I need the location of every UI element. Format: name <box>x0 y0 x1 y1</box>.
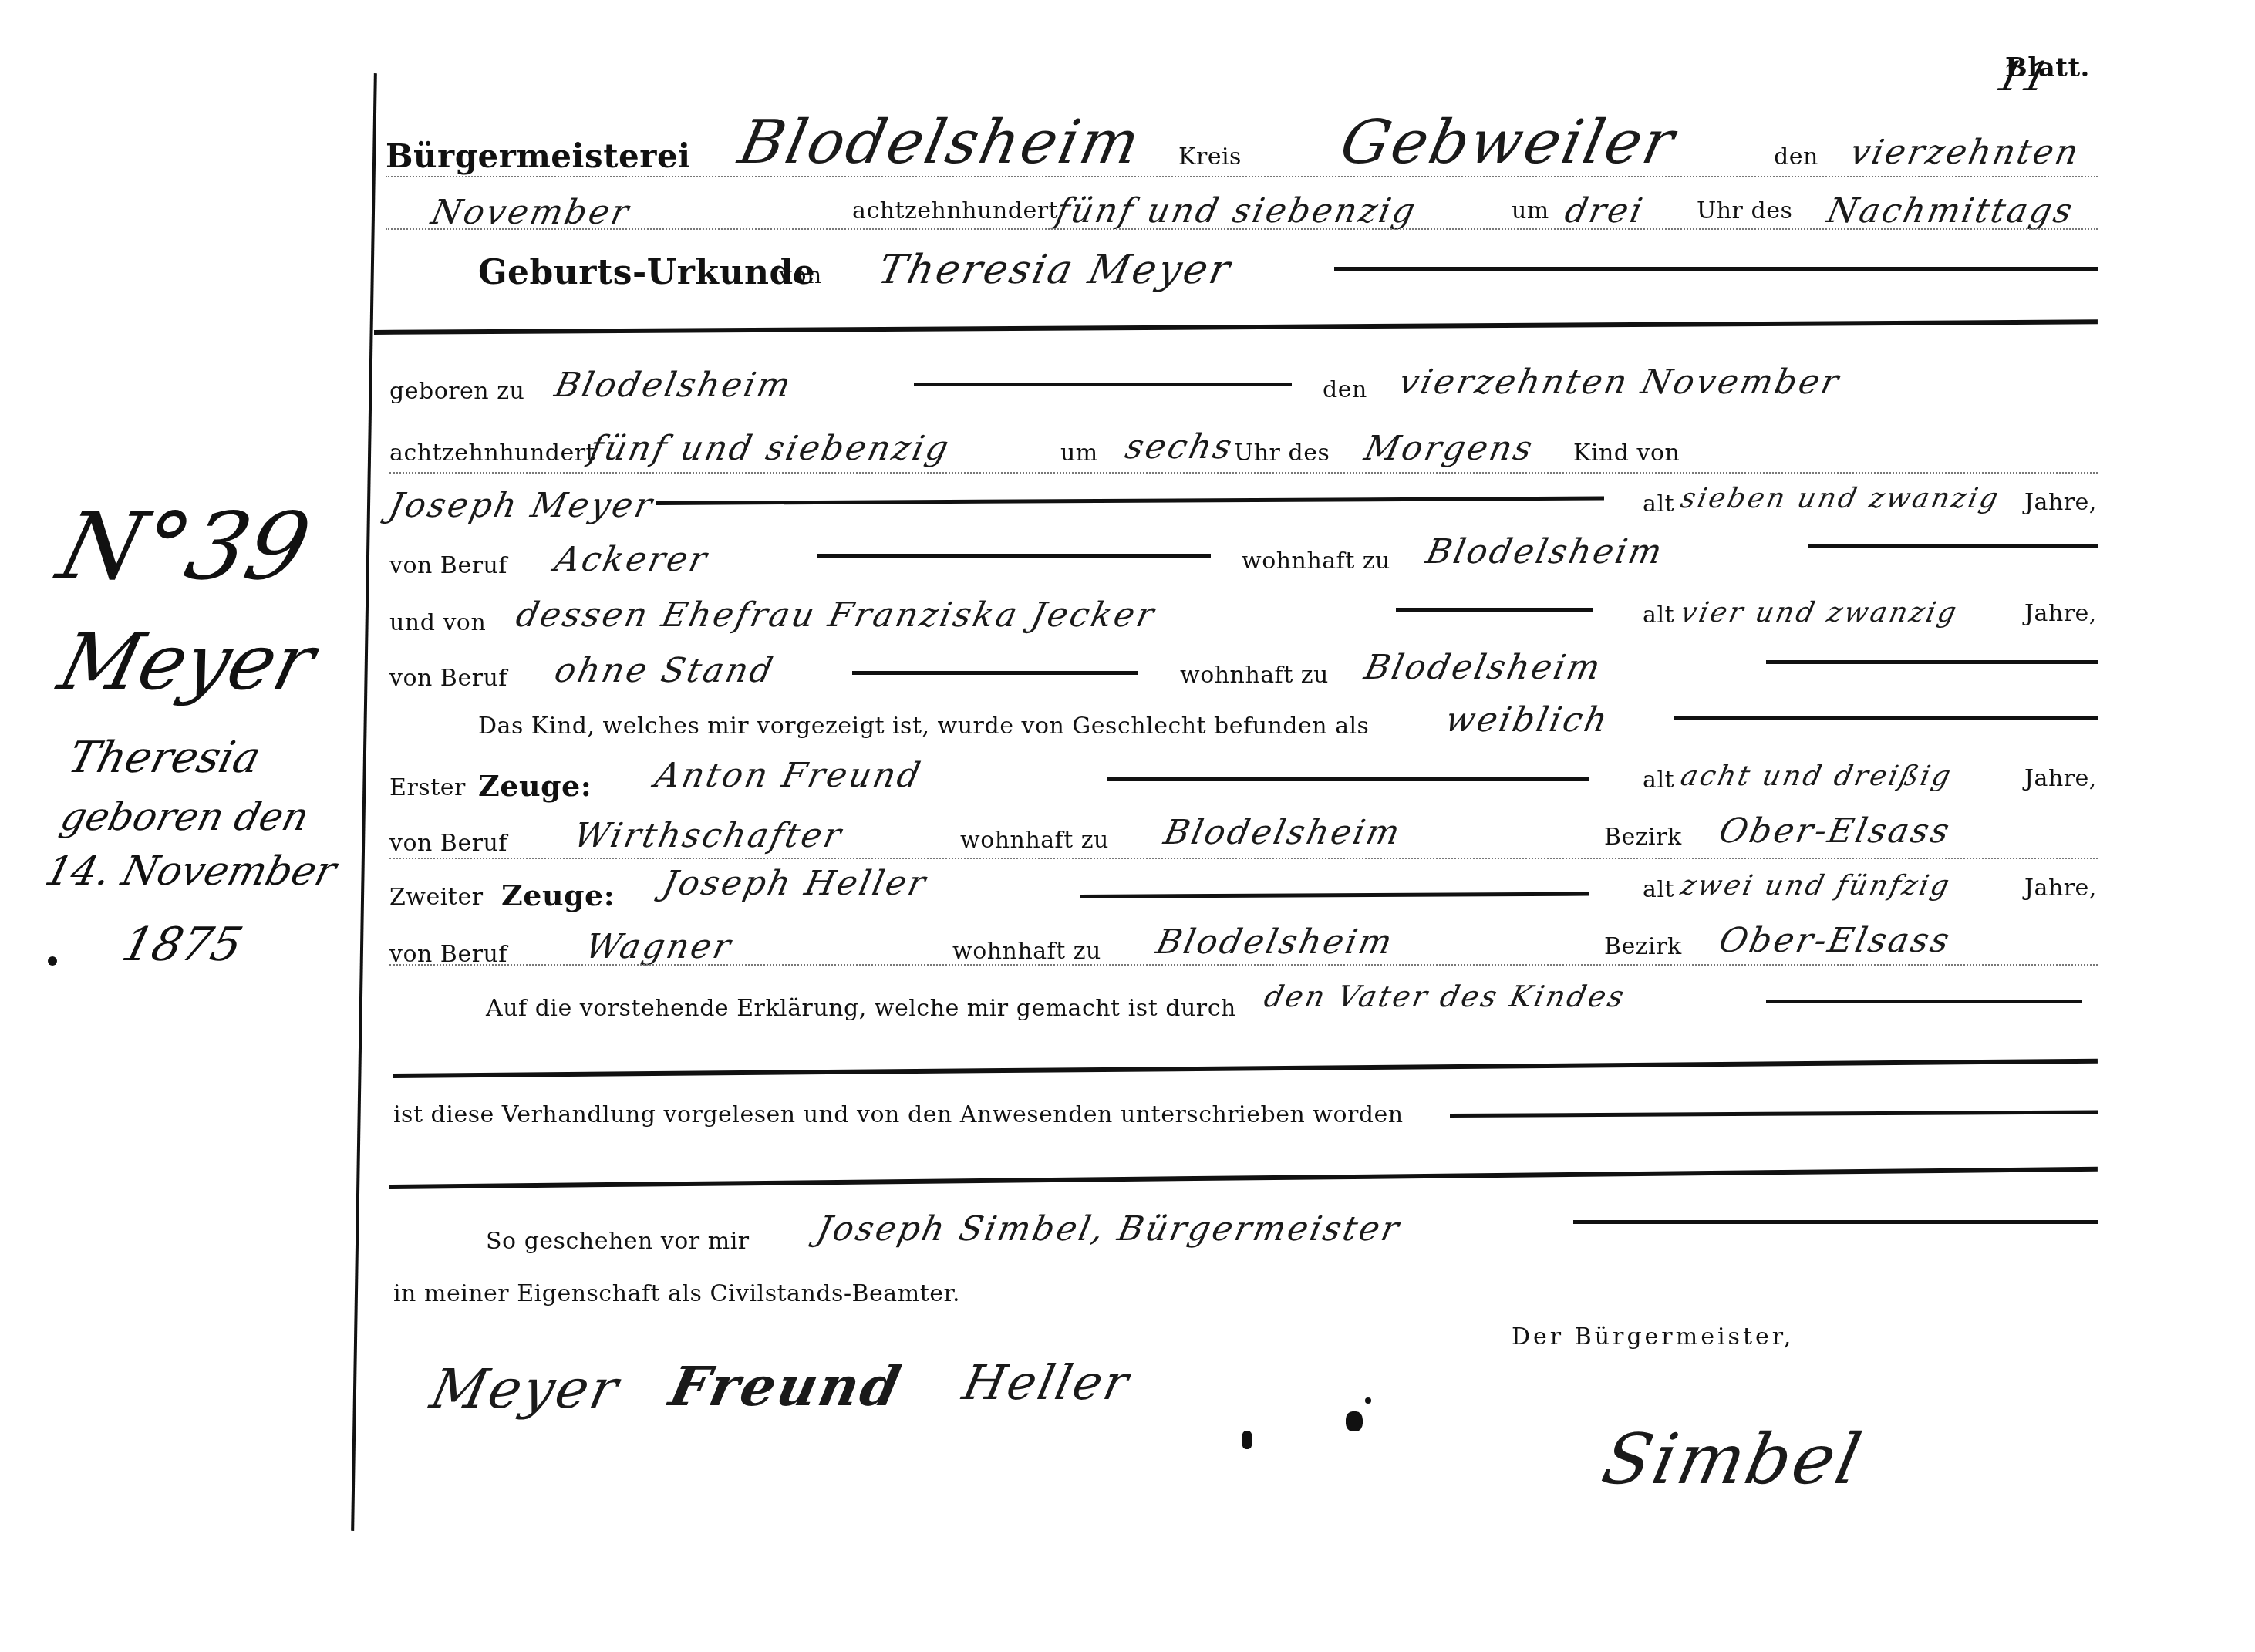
father-profession-rule <box>817 554 1211 558</box>
birth-date-value: vierzehnten November <box>1396 362 1845 402</box>
section-rule-3 <box>389 1167 2098 1189</box>
witness1-label: Zeuge: <box>478 768 592 803</box>
reading-rule <box>1450 1111 2098 1118</box>
birth-date-label: den <box>1323 376 1367 403</box>
witness1-district-label: Bezirk <box>1604 824 1682 851</box>
witness2-label-prefix: Zweiter <box>389 884 484 911</box>
birth-hour-label: Uhr des <box>1234 440 1330 467</box>
district-label: Kreis <box>1178 143 1242 170</box>
witness1-residence-label: wohnhaft zu <box>960 827 1109 854</box>
official-value: Joseph Simbel, Bürgermeister <box>814 1209 1404 1249</box>
mother-profession-rule <box>852 671 1138 675</box>
section-rule-2 <box>393 1059 2098 1078</box>
father-residence-value: Blodelsheim <box>1423 532 1668 571</box>
mother-residence-rule <box>1766 660 2098 664</box>
date-label: den <box>1774 143 1818 170</box>
daypart-value: Nachmittags <box>1824 191 2078 231</box>
margin-born-label: geboren den <box>56 794 314 839</box>
party-signature-1: Meyer <box>425 1357 625 1421</box>
margin-ink-dot <box>48 956 57 966</box>
witness1-years-label: Jahre, <box>2024 765 2097 792</box>
mother-residence-label: wohnhaft zu <box>1180 662 1329 689</box>
child-of-label: Kind von <box>1573 440 1680 467</box>
witness2-years-label: Jahre, <box>2024 875 2097 902</box>
birth-daypart-value: Morgens <box>1361 429 1539 468</box>
declaration-value: den Vater des Kindes <box>1261 979 1629 1013</box>
witness1-district-value: Ober-Elsass <box>1716 811 1955 851</box>
party-signature-2: Freund <box>664 1354 908 1418</box>
sex-rule <box>1674 716 2098 720</box>
sheet-label: Blatt. <box>2005 52 2090 83</box>
witness2-rule <box>389 964 2098 966</box>
month-value: November <box>428 193 635 232</box>
mother-profession-value: ohne Stand <box>551 651 779 690</box>
witness1-name-rule <box>1107 777 1589 781</box>
date-value: vierzehnten <box>1847 133 2085 172</box>
father-profession-label: von Beruf <box>389 552 507 579</box>
father-name-value: Joseph Meyer <box>386 486 658 525</box>
mother-name-value: dessen Ehefrau Franziska Jecker <box>513 595 1160 635</box>
ink-blot <box>1365 1397 1371 1404</box>
mother-and-of-label: und von <box>389 609 486 636</box>
birth-year-label: achtzehnhundert <box>389 440 595 467</box>
witness1-label-prefix: Erster <box>389 774 466 801</box>
birth-place-rule <box>914 383 1292 386</box>
margin-surname: Meyer <box>50 617 323 707</box>
mother-age-value: vier und zwanzig <box>1678 597 1961 629</box>
district-value: Gebweiler <box>1334 108 1682 177</box>
ink-blot <box>1242 1431 1252 1449</box>
birth-time-label: um <box>1060 440 1098 467</box>
witness1-residence-value: Blodelsheim <box>1161 813 1406 852</box>
title-rule <box>1334 267 2098 271</box>
father-residence-label: wohnhaft zu <box>1242 548 1390 575</box>
section-rule-1 <box>374 319 2098 335</box>
witness1-profession-label: von Beruf <box>389 830 507 857</box>
official-statement: So geschehen vor mir <box>486 1228 750 1255</box>
mayor-title: Der Bürgermeister, <box>1512 1323 1794 1350</box>
header-rule-2 <box>386 228 2098 230</box>
witness2-residence-value: Blodelsheim <box>1153 922 1398 962</box>
margin-given-name: Theresia <box>63 733 266 783</box>
father-age-label: alt <box>1643 491 1674 518</box>
sex-value: weiblich <box>1442 700 1613 740</box>
witness2-age-value: zwei und fünfzig <box>1678 870 1954 902</box>
official-rule <box>1573 1220 2098 1224</box>
declaration-rule <box>1766 1000 2082 1003</box>
official-capacity: in meiner Eigenschaft als Civilstands-Be… <box>393 1280 960 1307</box>
witness1-name-value: Anton Freund <box>652 756 926 795</box>
father-profession-value: Ackerer <box>551 540 713 579</box>
father-years-label: Jahre, <box>2024 489 2097 516</box>
witness2-name-rule <box>1080 892 1589 898</box>
father-age-value: sieben und zwanzig <box>1678 483 2004 514</box>
margin-born-date: 14. November <box>41 848 341 895</box>
certificate-name-value: Theresia Meyer <box>875 247 1236 293</box>
witness2-district-value: Ober-Elsass <box>1716 921 1955 960</box>
mother-profession-label: von Beruf <box>389 665 507 692</box>
witness2-label: Zeuge: <box>501 878 615 912</box>
margin-record-number: N°39 <box>49 494 320 601</box>
time-label: um <box>1512 197 1549 224</box>
party-signature-3: Heller <box>958 1354 1135 1411</box>
birth-year-value: fünf und siebenzig <box>586 429 955 468</box>
mother-residence-value: Blodelsheim <box>1361 648 1606 687</box>
mother-years-label: Jahre, <box>2024 600 2097 627</box>
father-residence-rule <box>1808 544 2098 548</box>
margin-born-year: 1875 <box>116 918 248 972</box>
certificate-title: Geburts-Urkunde <box>478 253 815 292</box>
declaration-statement: Auf die vorstehende Erklärung, welche mi… <box>486 995 1236 1022</box>
header-rule-1 <box>386 176 2098 177</box>
birth-place-value: Blodelsheim <box>551 366 797 405</box>
witness2-age-label: alt <box>1643 876 1674 903</box>
hour-label: Uhr des <box>1697 197 1792 224</box>
year-value: fünf und siebenzig <box>1053 191 1421 231</box>
mayoralty-value: Blodelsheim <box>733 108 1148 177</box>
mayor-signature: Simbel <box>1596 1419 1870 1500</box>
time-value: drei <box>1562 191 1648 231</box>
birth-rule-2 <box>389 472 2098 474</box>
witness2-district-label: Bezirk <box>1604 933 1682 960</box>
witness1-age-label: alt <box>1643 767 1674 794</box>
witness1-age-value: acht und dreißig <box>1678 760 1956 792</box>
birth-time-value: sechs <box>1122 427 1238 467</box>
ink-blot <box>1346 1411 1363 1431</box>
left-margin-rule <box>351 73 377 1531</box>
birth-place-label: geboren zu <box>389 378 524 405</box>
mayoralty-label: Bürgermeisterei <box>386 137 691 175</box>
witness2-name-value: Joseph Heller <box>659 864 932 903</box>
year-label: achtzehnhundert <box>852 197 1058 224</box>
father-name-rule <box>656 497 1604 505</box>
reading-statement: ist diese Verhandlung vorgelesen und von… <box>393 1101 1404 1128</box>
certificate-of-label: von <box>779 262 822 289</box>
birth-certificate-page: 11 Blatt. N°39 Meyer Theresia geboren de… <box>0 0 2255 1652</box>
witness1-rule <box>389 858 2098 859</box>
witness2-profession-value: Wagner <box>582 927 736 966</box>
witness2-residence-label: wohnhaft zu <box>952 938 1101 965</box>
witness1-profession-value: Wirthschafter <box>571 816 847 855</box>
mother-age-label: alt <box>1643 602 1674 629</box>
sex-statement: Das Kind, welches mir vorgezeigt ist, wu… <box>478 713 1370 740</box>
mother-name-rule <box>1396 608 1593 612</box>
